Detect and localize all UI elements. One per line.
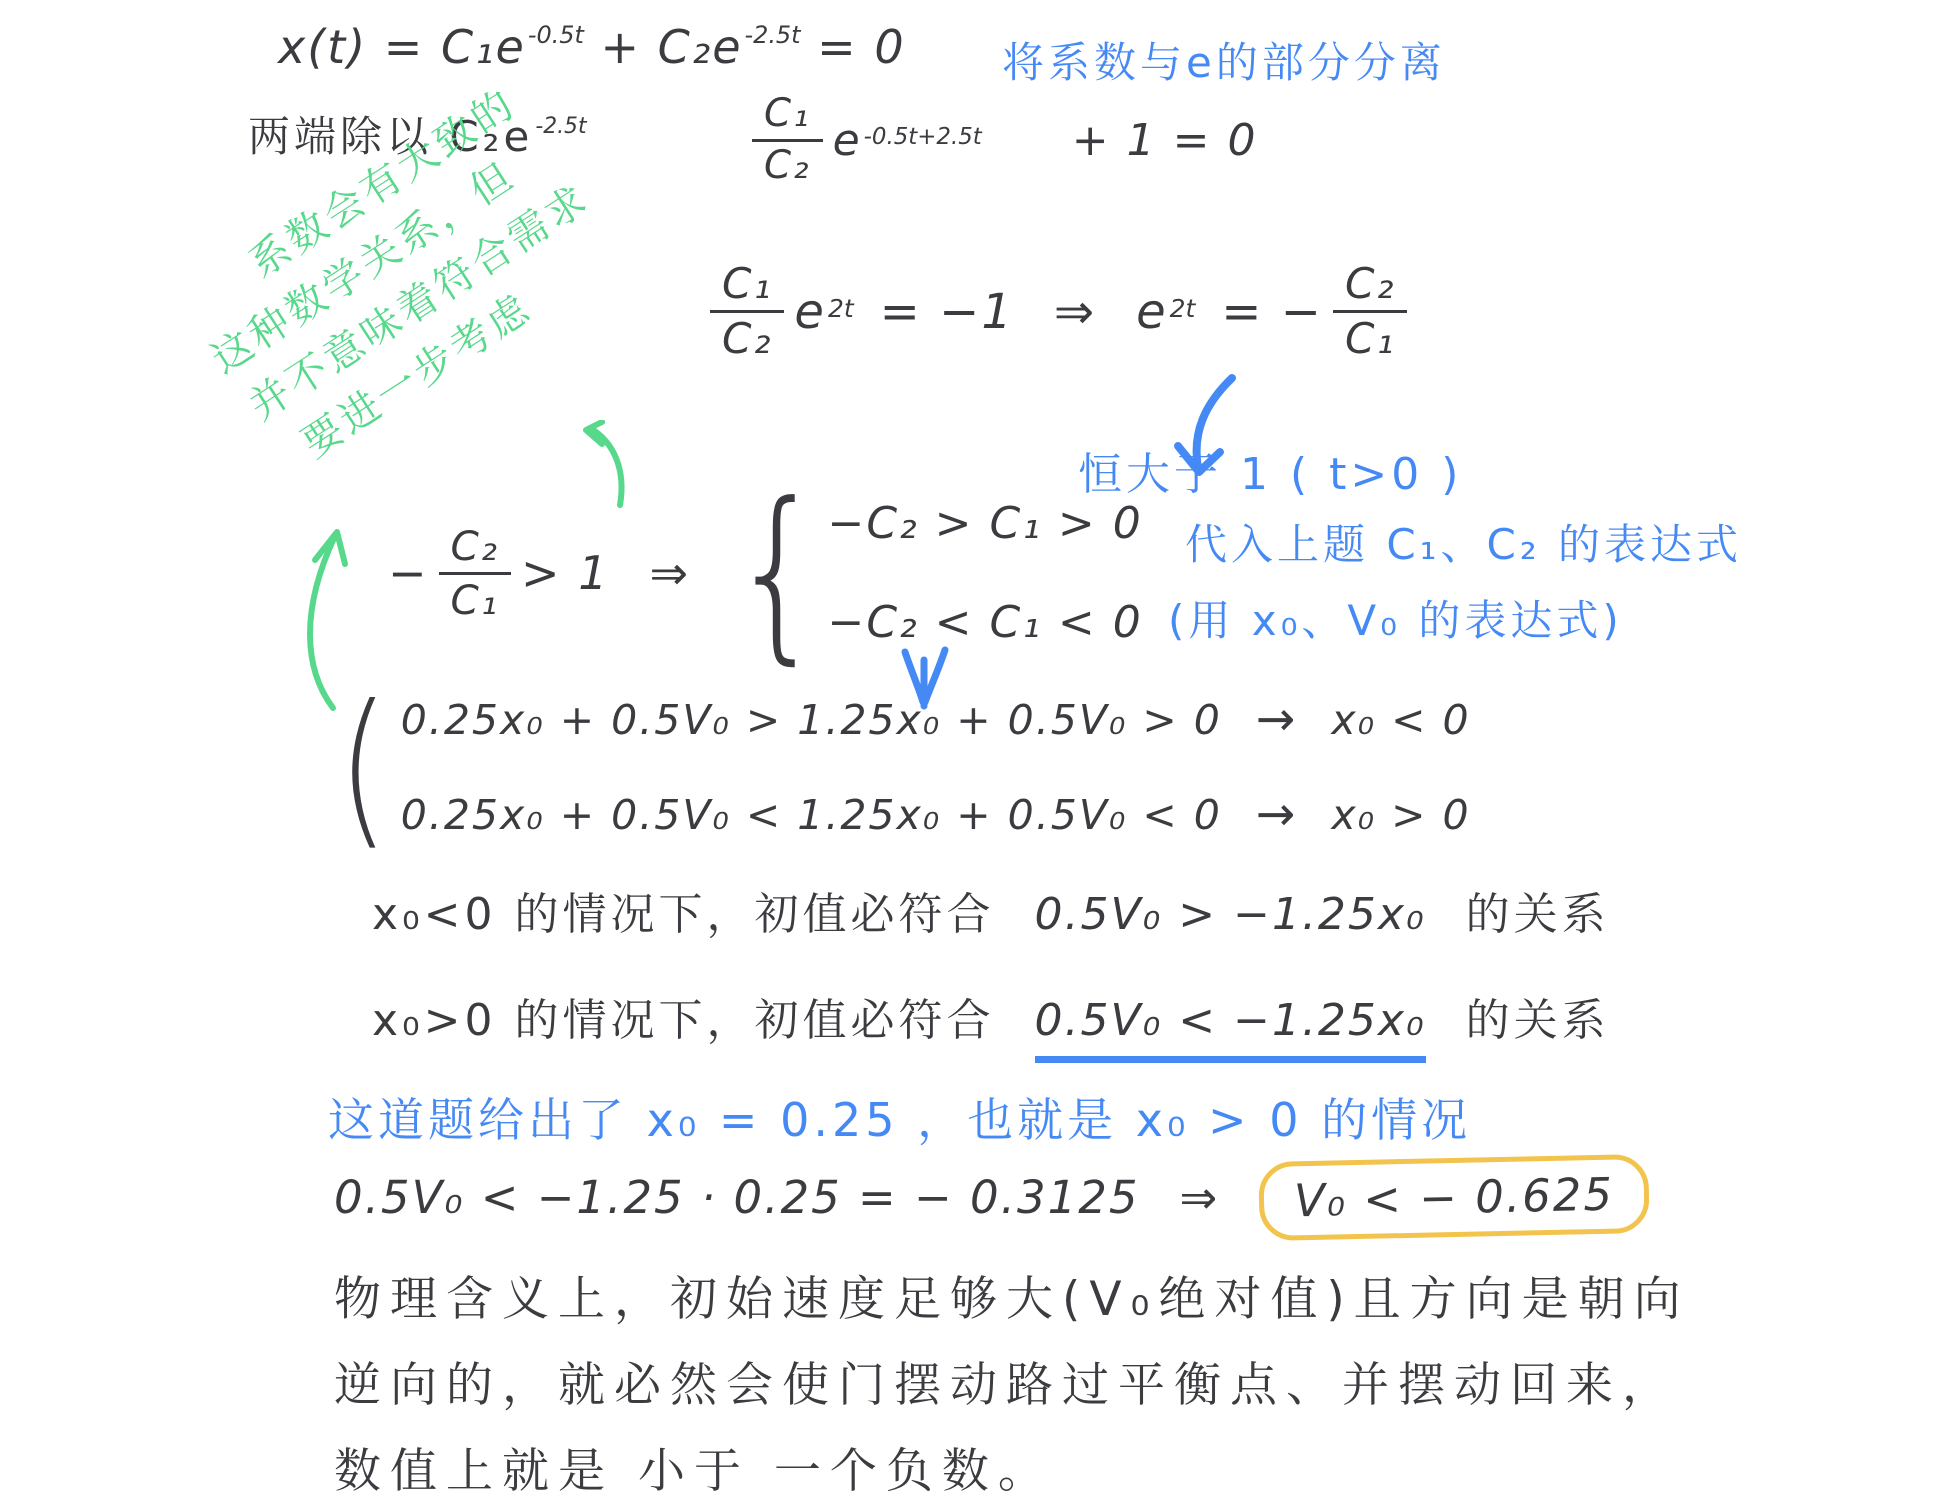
fraction-denominator: C₁ (451, 575, 499, 622)
inequality-system: ( 0.25x₀ + 0.5V₀ > 1.25x₀ + 0.5V₀ > 0 → … (338, 692, 1471, 842)
case-2: −C₂ < C₁ < 0 (827, 597, 1142, 648)
equation-ratio-inequality: − C₂ C₁ > 1 ⇒ { −C₂ > C₁ > 0 −C₂ < C₁ < … (388, 498, 1143, 648)
case-pos-relation: 0.5V₀ < −1.25x₀ (1035, 995, 1426, 1063)
fraction-c2-c1: C₂ C₁ (1333, 262, 1407, 362)
eq1-mid: + C₂e (584, 20, 743, 74)
implies-arrow: ⇒ (1180, 1171, 1220, 1224)
system-rows: 0.25x₀ + 0.5V₀ > 1.25x₀ + 0.5V₀ > 0 → x₀… (401, 692, 1471, 842)
final-inequality: 0.5V₀ < −1.25 · 0.25 = − 0.3125 ⇒ V₀ < −… (334, 1158, 1649, 1237)
case-neg-pre: x₀<0 的情况下，初值必符合 (372, 889, 995, 940)
eq1-lhs: x(t) = C₁e (278, 20, 526, 74)
right-arrow-icon: → (1256, 692, 1298, 747)
equation-divided: C₁ C₂ e-0.5t+2.5t + 1 = 0 (742, 94, 1257, 186)
note-given-x0: 这道题给出了 x₀ = 0.25 ，也就是 x₀ > 0 的情况 (328, 1084, 1471, 1150)
case-x0-negative-sentence: x₀<0 的情况下，初值必符合 0.5V₀ > −1.25x₀ 的关系 (372, 878, 1610, 942)
system-row-1-result: x₀ < 0 (1331, 696, 1470, 744)
fraction-c1-c2: C₁ C₂ (752, 94, 823, 186)
case-pos-pre: x₀>0 的情况下，初值必符合 (372, 995, 995, 1046)
right-arrow-icon: → (1256, 787, 1298, 842)
underlined-numerically: 数值上 (334, 1444, 502, 1502)
eq2-exponent: -0.5t+2.5t (864, 124, 982, 150)
fraction-denominator: C₂ (722, 313, 772, 361)
equation-general-solution: x(t) = C₁e-0.5t + C₂e-2.5t = 0 (278, 20, 906, 74)
implies-arrow: ⇒ (649, 546, 690, 600)
physical-meaning-line-3: 数值上就是 小于 一个负数。 (334, 1434, 1054, 1501)
eq4-greater-than-one: > 1 (521, 546, 609, 600)
implies-arrow: ⇒ (1054, 284, 1096, 340)
physical-meaning-line-2: 逆向的，就必然会使门摆动路过平衡点、并摆动回来， (334, 1348, 1678, 1415)
case-pos-post: 的关系 (1466, 995, 1610, 1046)
final-calculation: 0.5V₀ < −1.25 · 0.25 = − 0.3125 (334, 1171, 1140, 1224)
system-brace: ( (338, 691, 391, 843)
eq3-equals-minus-one: = −1 (880, 284, 1014, 340)
note-substitute-line-2: (用 x₀、V₀ 的表达式) (1168, 588, 1623, 648)
system-row-1-expr: 0.25x₀ + 0.5V₀ > 1.25x₀ + 0.5V₀ > 0 (401, 696, 1222, 744)
fraction-denominator: C₁ (1345, 313, 1395, 361)
fraction-numerator: C₂ (1333, 262, 1407, 313)
curly-brace: { (730, 489, 827, 658)
fraction-c1-c2: C₁ C₂ (710, 262, 784, 362)
note-separate-coefficients: 将系数与e的部分分离 (1002, 30, 1446, 90)
physical-meaning-line-1: 物理含义上，初始速度足够大(V₀绝对值)且方向是朝向 (334, 1262, 1690, 1329)
system-row-1: 0.25x₀ + 0.5V₀ > 1.25x₀ + 0.5V₀ > 0 → x₀… (401, 692, 1471, 747)
eq3-base: e (794, 284, 826, 340)
fraction-numerator: C₁ (752, 94, 823, 142)
line-3-rest: 就是 小于 一个负数。 (502, 1444, 1054, 1499)
eq1-exponent-1: -0.5t (528, 21, 584, 49)
system-row-2-result: x₀ > 0 (1331, 791, 1470, 839)
case-neg-relation: 0.5V₀ > −1.25x₀ (1035, 889, 1426, 940)
equation-e2t: C₁ C₂ e2t = −1 ⇒ e2t = − C₂ C₁ (700, 262, 1417, 362)
system-row-2: 0.25x₀ + 0.5V₀ < 1.25x₀ + 0.5V₀ < 0 → x₀… (401, 787, 1471, 842)
eq3-equals-minus: = − (1221, 284, 1323, 340)
fraction-denominator: C₂ (764, 142, 811, 187)
result-box: V₀ < − 0.625 (1258, 1154, 1650, 1241)
fraction-numerator: C₂ (439, 525, 511, 575)
system-row-2-expr: 0.25x₀ + 0.5V₀ < 1.25x₀ + 0.5V₀ < 0 (401, 791, 1222, 839)
fraction-c2-c1: C₂ C₁ (439, 525, 511, 621)
note-substitute-line-1: 代入上题 C₁、C₂ 的表达式 (1185, 512, 1742, 572)
case-1: −C₂ > C₁ > 0 (827, 498, 1142, 549)
eq1-exponent-2: -2.5t (745, 21, 801, 49)
case-x0-positive-sentence: x₀>0 的情况下，初值必符合 0.5V₀ < −1.25x₀ 的关系 (372, 984, 1610, 1048)
eq1-rhs: = 0 (801, 20, 906, 74)
case-neg-post: 的关系 (1466, 889, 1610, 940)
coefficient-cases: −C₂ > C₁ > 0 −C₂ < C₁ < 0 (827, 498, 1142, 648)
eq3-exponent: 2t (828, 294, 854, 323)
eq3-exponent-2: 2t (1170, 294, 1196, 323)
eq2-rhs: + 1 = 0 (1072, 115, 1258, 166)
eq3-base-2: e (1136, 284, 1168, 340)
handwritten-notes-page: x(t) = C₁e-0.5t + C₂e-2.5t = 0 将系数与e的部分分… (0, 0, 1938, 1502)
eq2-base: e (833, 115, 862, 166)
fraction-numerator: C₁ (710, 262, 784, 313)
note-always-greater-than-one: 恒大于 1 ( t>0 ) (1078, 438, 1462, 502)
eq4-minus: − (388, 546, 429, 600)
